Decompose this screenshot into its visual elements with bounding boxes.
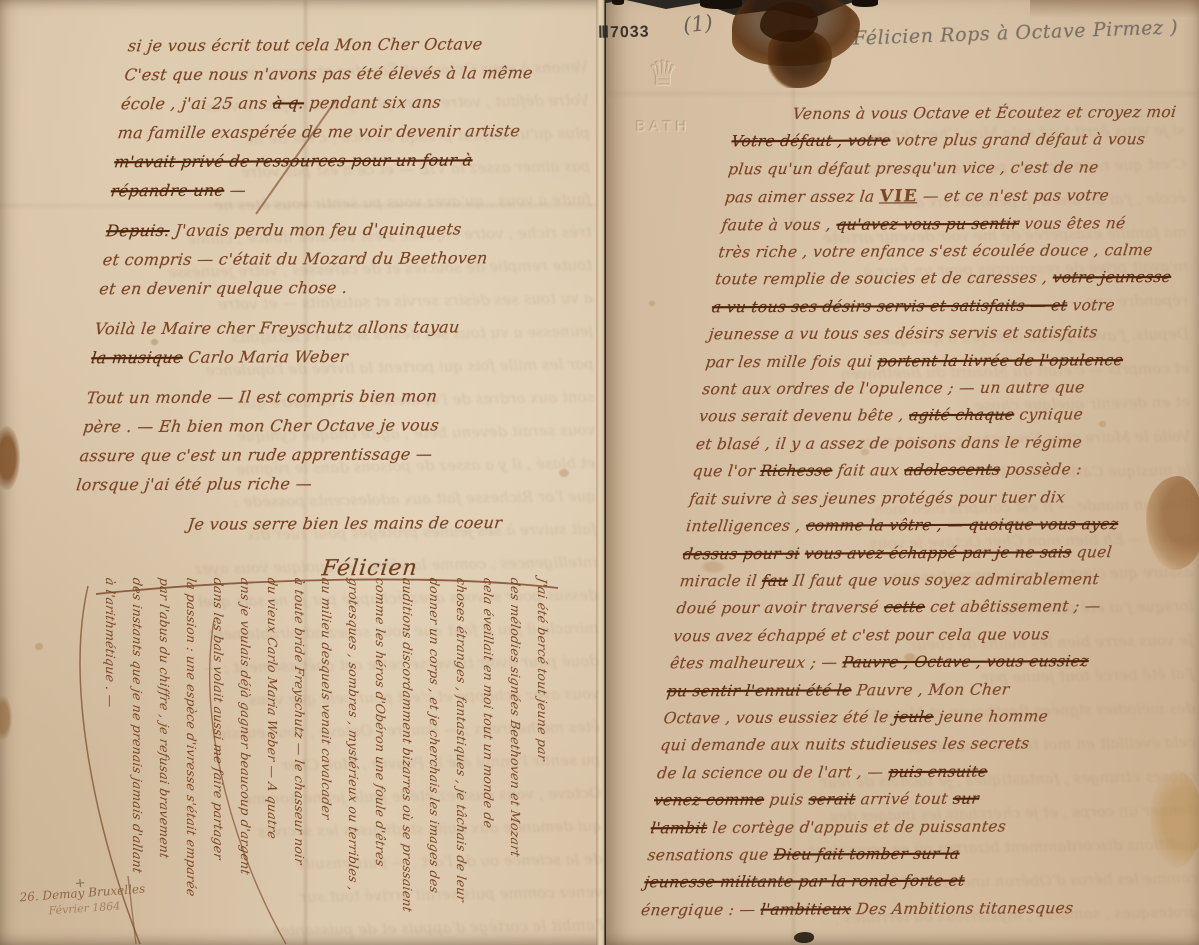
torn-edge-fragment [700, 0, 742, 9]
embossed-paper-stamp: ♛ BATH [620, 56, 706, 135]
torn-edge-fragment [612, 0, 624, 5]
archive-number-stamp: Ⅲ7033 [598, 22, 650, 43]
foxing-spot [150, 338, 159, 346]
foxing-spot [1098, 420, 1107, 428]
foxing-spot [700, 560, 726, 574]
page-number-note: (1) [682, 11, 714, 38]
left-page-handwritten-text: si je vous écrit tout cela Mon Cher Octa… [70, 29, 622, 540]
foxing-spot [903, 652, 917, 663]
plus-mark: + [74, 876, 86, 892]
letter-scan: Venons à vous Octave et Écoutez et croye… [0, 0, 1199, 945]
torn-edge-fragment [852, 0, 878, 7]
foxing-spot [648, 300, 656, 307]
crown-emboss-icon: ♛ [620, 56, 706, 92]
emboss-text: BATH [620, 118, 706, 135]
foxing-spot [34, 642, 44, 651]
right-page-handwritten-text: Venons à vous Octave et Écoutez et croye… [639, 99, 1199, 925]
foxing-spot [860, 448, 870, 456]
foxing-spot [558, 468, 570, 478]
